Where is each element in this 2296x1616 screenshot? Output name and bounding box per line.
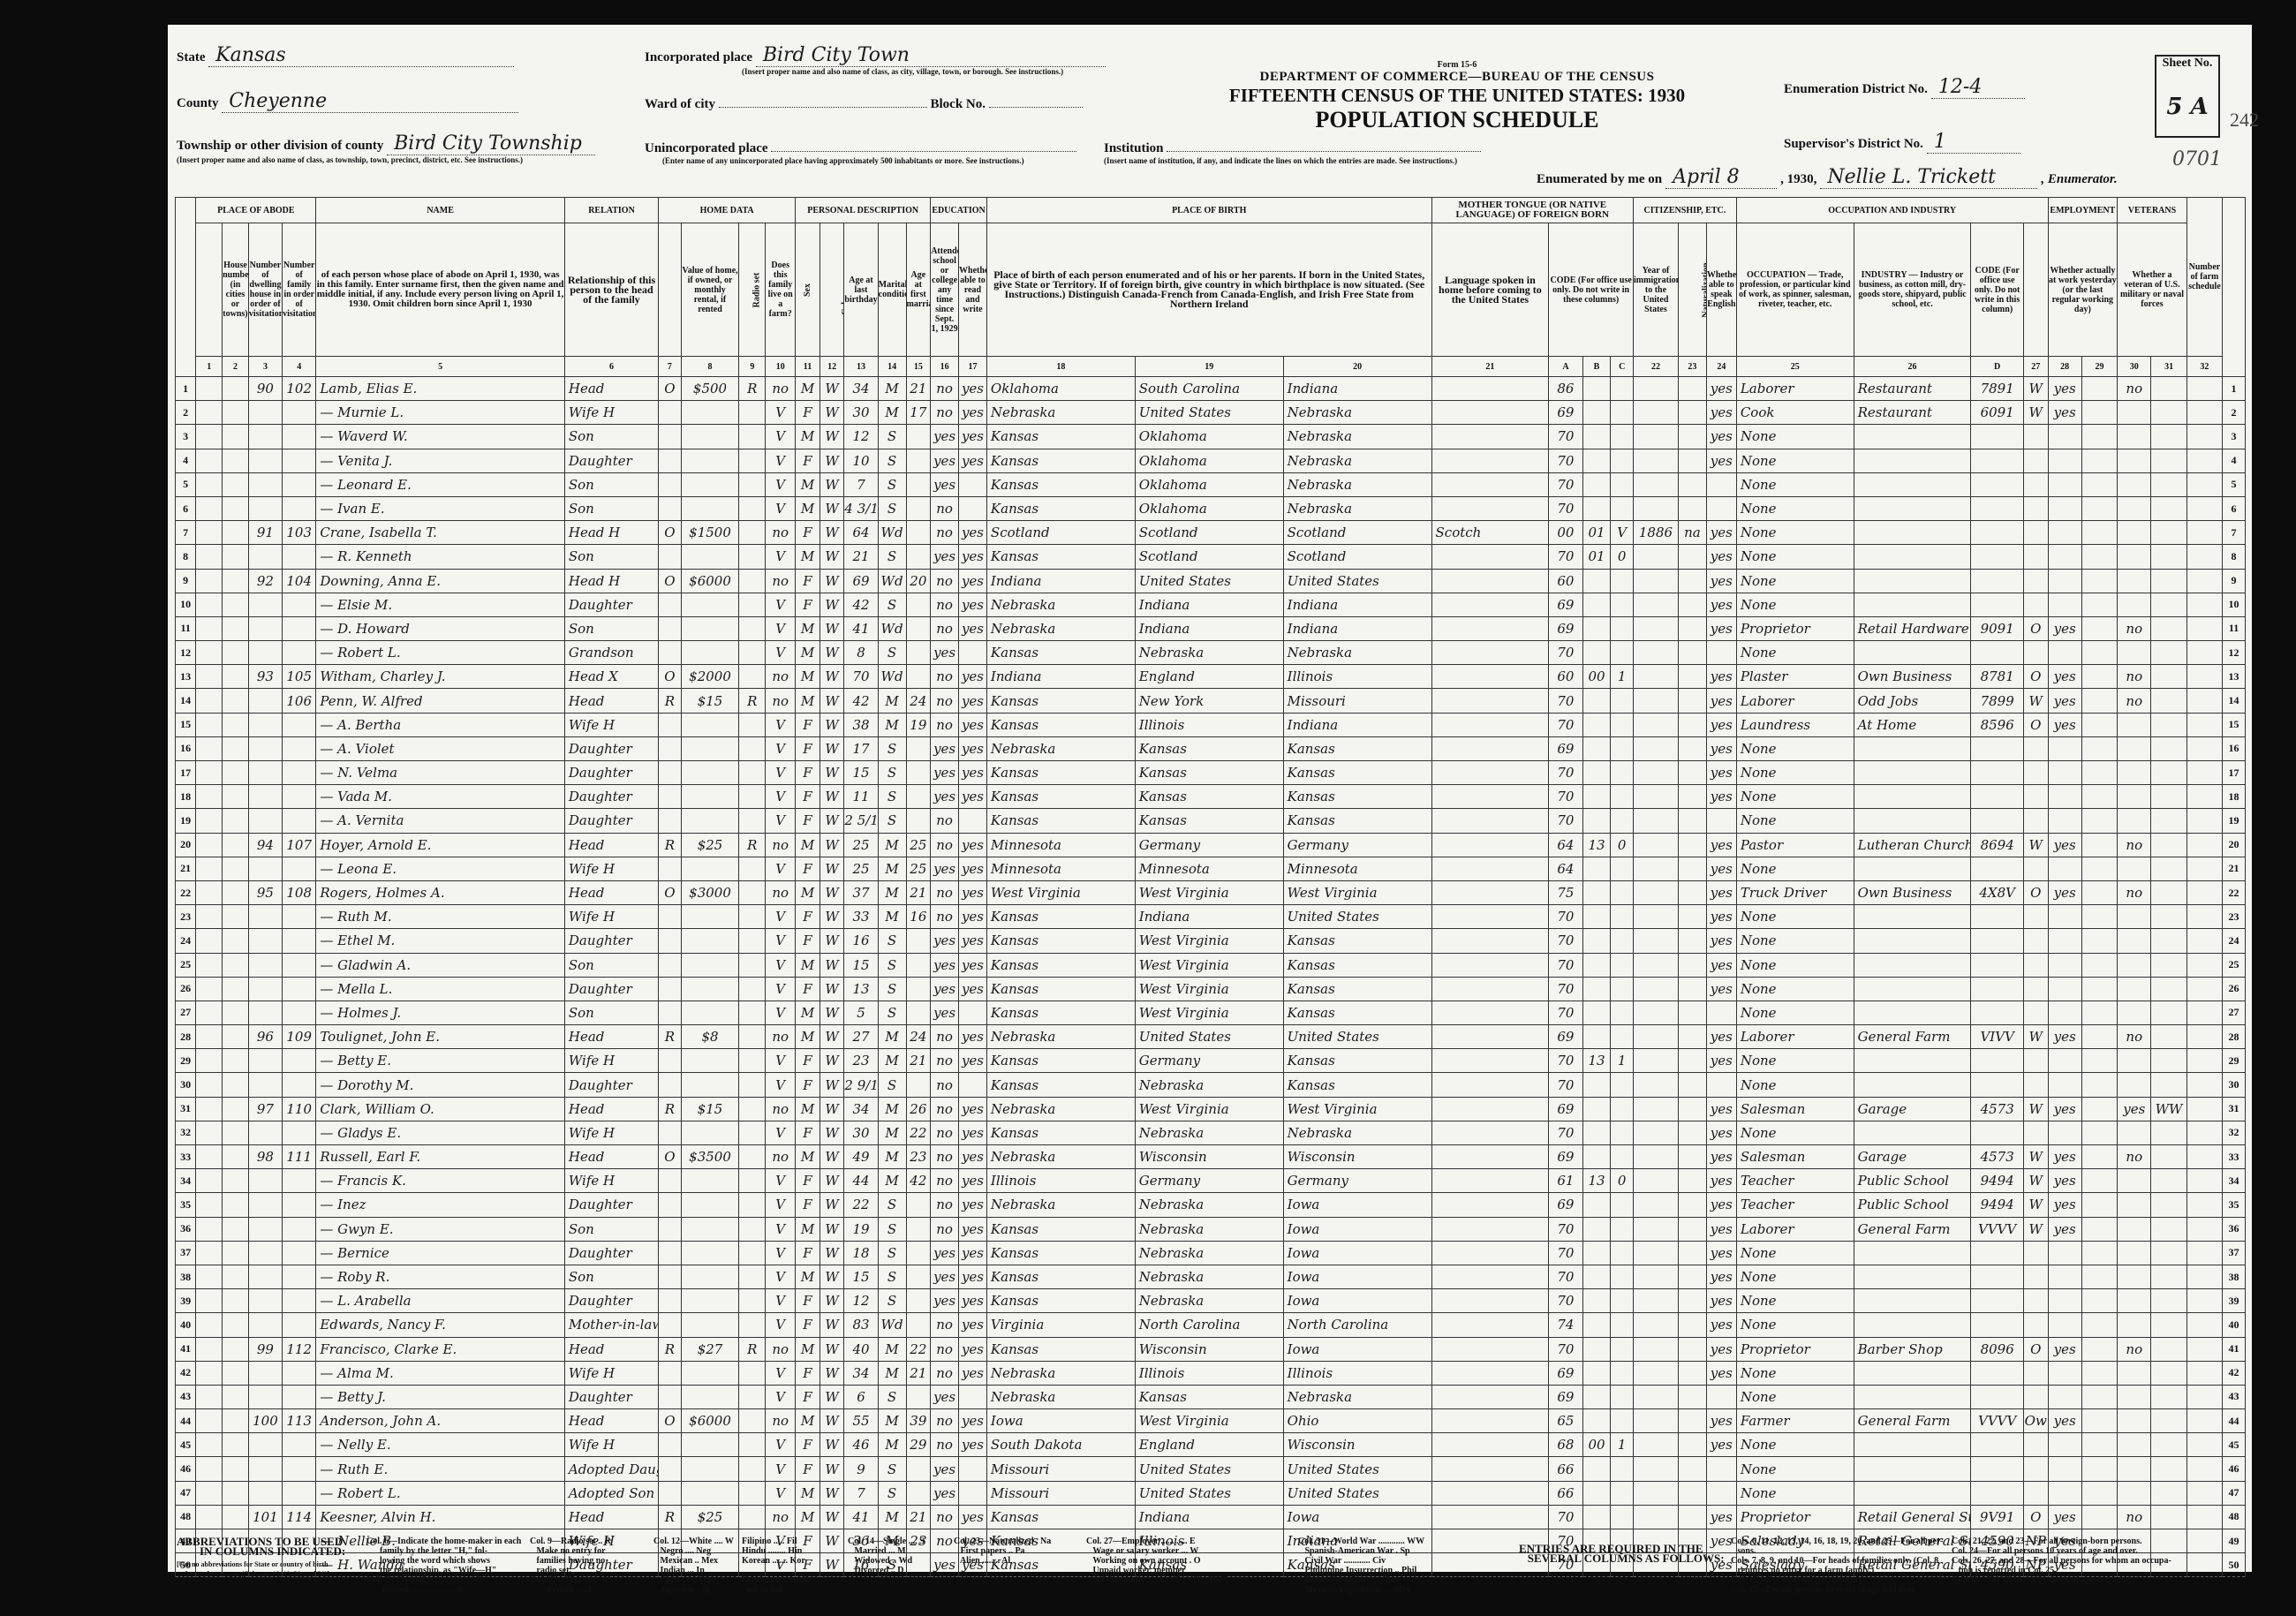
field-vet <box>2118 401 2151 425</box>
field-war <box>2151 977 2186 1001</box>
field-lang <box>1431 1361 1549 1385</box>
field-val <box>681 425 739 449</box>
farm-schedule-cell <box>2186 1049 2222 1073</box>
field-afm <box>906 1313 931 1337</box>
field-nat <box>1678 569 1706 593</box>
table-row: 2295108Rogers, Holmes A.HeadO$3000noMW37… <box>176 880 2246 904</box>
field-unemp <box>2081 713 2117 736</box>
person-name: — Murnie L. <box>316 401 565 425</box>
field-rw: yes <box>959 929 987 953</box>
field-work <box>2048 472 2081 496</box>
farm-schedule-cell <box>2186 1505 2222 1529</box>
field-radio <box>739 1121 766 1144</box>
field-own <box>659 1313 681 1337</box>
dwelling-number <box>248 689 282 713</box>
field-unemp <box>2081 1361 2117 1385</box>
farm-schedule-cell <box>2186 736 2222 760</box>
field-c: 0 <box>1611 833 1634 857</box>
line-number: 39 <box>176 1289 196 1313</box>
farm-schedule-cell <box>2186 569 2222 593</box>
field-c <box>1611 1337 1634 1361</box>
farm-schedule-cell <box>2186 1337 2222 1361</box>
field-age: 13 <box>844 977 878 1001</box>
field-cw <box>2023 1241 2048 1265</box>
field-b <box>1582 1385 1611 1408</box>
field-val: $6000 <box>681 1409 739 1433</box>
field-mar: S <box>878 953 906 977</box>
family-number <box>283 977 316 1001</box>
line-number-right: 18 <box>2223 785 2246 809</box>
field-age: 19 <box>844 1217 878 1241</box>
township-value: Bird City Township <box>387 132 595 155</box>
field-farm: V <box>766 1433 796 1457</box>
relation: Adopted Son <box>564 1481 658 1505</box>
field-a: 86 <box>1549 377 1582 401</box>
table-row: 12— Robert L.GrandsonVMW8SyesKansasNebra… <box>176 641 2246 665</box>
field-cw <box>2023 953 2048 977</box>
field-cw <box>2023 1049 2048 1073</box>
field-eng: yes <box>1706 689 1736 713</box>
field-unemp <box>2081 977 2117 1001</box>
field-radio <box>739 616 766 640</box>
field-nat <box>1678 761 1706 785</box>
line-number: 35 <box>176 1193 196 1217</box>
field-unemp <box>2081 593 2117 616</box>
field-sch: no <box>931 1049 959 1073</box>
field-work <box>2048 521 2081 545</box>
field-sex: M <box>796 472 820 496</box>
field-mar: S <box>878 641 906 665</box>
field-race: W <box>819 761 844 785</box>
field-c <box>1611 1457 1634 1481</box>
field-sch: yes <box>931 545 959 569</box>
field-d <box>1971 472 2023 496</box>
field-mar: M <box>878 689 906 713</box>
dwelling-number: 97 <box>248 1097 282 1121</box>
table-row: 39— L. ArabellaDaughterVFW12SyesyesKansa… <box>176 1289 2246 1313</box>
house-number-cell <box>223 785 249 809</box>
field-ind <box>1854 1001 1971 1024</box>
field-pb: Kansas <box>986 1505 1135 1529</box>
field-race: W <box>819 1217 844 1241</box>
field-unemp <box>2081 1409 2117 1433</box>
field-mar: S <box>878 472 906 496</box>
field-val <box>681 1073 739 1097</box>
field-b <box>1582 1097 1611 1121</box>
field-radio <box>739 449 766 472</box>
person-name: — Ruth M. <box>316 905 565 929</box>
field-eng <box>1706 1385 1736 1408</box>
field-unemp <box>2081 1145 2117 1169</box>
field-age: 25 <box>844 857 878 880</box>
column-number: 9 <box>739 357 766 377</box>
field-work <box>2048 545 2081 569</box>
field-war <box>2151 1289 2186 1313</box>
field-farm: V <box>766 1361 796 1385</box>
field-fb: Germany <box>1135 833 1283 857</box>
field-age: 4 3/12 <box>844 496 878 520</box>
field-b: 13 <box>1582 833 1611 857</box>
field-own <box>659 1193 681 1217</box>
field-eng: yes <box>1706 593 1736 616</box>
relation: Head H <box>564 569 658 593</box>
field-fb: Illinois <box>1135 1361 1283 1385</box>
relation: Son <box>564 616 658 640</box>
field-nat <box>1678 1385 1706 1408</box>
field-vet <box>2118 1361 2151 1385</box>
column-number: B <box>1582 357 1611 377</box>
field-war <box>2151 713 2186 736</box>
field-sex: F <box>796 1193 820 1217</box>
county-value: Cheyenne <box>222 90 518 113</box>
field-unemp <box>2081 425 2117 449</box>
street-cell <box>196 905 223 929</box>
field-age: 22 <box>844 1193 878 1217</box>
field-rw: yes <box>959 977 987 1001</box>
field-sch: no <box>931 1505 959 1529</box>
line-number-right: 26 <box>2223 977 2246 1001</box>
field-afm: 19 <box>906 713 931 736</box>
field-afm <box>906 1457 931 1481</box>
person-name: — Venita J. <box>316 449 565 472</box>
field-eng: yes <box>1706 1265 1736 1288</box>
field-pb: Nebraska <box>986 1193 1135 1217</box>
farm-schedule-cell <box>2186 616 2222 640</box>
table-row: 2094107Hoyer, Arnold E.HeadR$25RnoMW25M2… <box>176 833 2246 857</box>
field-mb: Iowa <box>1283 1241 1431 1265</box>
field-war <box>2151 1241 2186 1265</box>
field-rw: yes <box>959 545 987 569</box>
farm-schedule-cell <box>2186 1097 2222 1121</box>
house-number-cell <box>223 1361 249 1385</box>
field-val: $25 <box>681 833 739 857</box>
field-cw: W <box>2023 377 2048 401</box>
field-pb: Kansas <box>986 1337 1135 1361</box>
street-cell <box>196 425 223 449</box>
field-val: $15 <box>681 689 739 713</box>
line-number: 33 <box>176 1145 196 1169</box>
field-imm <box>1633 665 1678 689</box>
field-radio <box>739 425 766 449</box>
field-mb: Nebraska <box>1283 641 1431 665</box>
relation: Head <box>564 880 658 904</box>
field-farm: V <box>766 977 796 1001</box>
field-mb: Kansas <box>1283 953 1431 977</box>
field-age: 8 <box>844 641 878 665</box>
field-c <box>1611 736 1634 760</box>
field-nat <box>1678 1073 1706 1097</box>
field-farm: no <box>766 880 796 904</box>
field-a: 69 <box>1549 616 1582 640</box>
field-eng: yes <box>1706 1409 1736 1433</box>
field-radio <box>739 1001 766 1024</box>
relation: Daughter <box>564 785 658 809</box>
stamp-number-2: 0701 <box>2172 148 2222 170</box>
field-val <box>681 1193 739 1217</box>
field-unemp <box>2081 1241 2117 1265</box>
column-number: A <box>1549 357 1582 377</box>
person-name: Toulignet, John E. <box>316 1025 565 1049</box>
field-war <box>2151 425 2186 449</box>
field-occ: None <box>1736 1457 1854 1481</box>
field-work: yes <box>2048 1193 2081 1217</box>
field-radio <box>739 569 766 593</box>
field-unemp <box>2081 1433 2117 1457</box>
line-number-right: 9 <box>2223 569 2246 593</box>
field-work: yes <box>2048 689 2081 713</box>
field-own: O <box>659 1409 681 1433</box>
line-number-right: 23 <box>2223 905 2246 929</box>
table-row: 4— Venita J.DaughterVFW10SyesyesKansasOk… <box>176 449 2246 472</box>
field-fb: Oklahoma <box>1135 472 1283 496</box>
field-ind <box>1854 425 1971 449</box>
field-b <box>1582 449 1611 472</box>
field-war <box>2151 449 2186 472</box>
field-lang <box>1431 929 1549 953</box>
field-imm <box>1633 496 1678 520</box>
field-a: 64 <box>1549 857 1582 880</box>
field-nat <box>1678 1169 1706 1193</box>
person-name: — Betty E. <box>316 1049 565 1073</box>
field-a: 70 <box>1549 977 1582 1001</box>
field-mb: Iowa <box>1283 1193 1431 1217</box>
line-number-right: 25 <box>2223 953 2246 977</box>
field-unemp <box>2081 1121 2117 1144</box>
column-number: 17 <box>959 357 987 377</box>
field-sex: F <box>796 1433 820 1457</box>
house-number-cell <box>223 1241 249 1265</box>
field-nat <box>1678 1001 1706 1024</box>
field-cw <box>2023 1433 2048 1457</box>
field-own: R <box>659 1097 681 1121</box>
field-b: 00 <box>1582 665 1611 689</box>
field-vet: no <box>2118 1505 2151 1529</box>
field-mar: M <box>878 713 906 736</box>
street-cell <box>196 377 223 401</box>
field-radio <box>739 1097 766 1121</box>
line-number-right: 35 <box>2223 1193 2246 1217</box>
field-fb: Indiana <box>1135 905 1283 929</box>
field-race: W <box>819 953 844 977</box>
dwelling-number <box>248 1169 282 1193</box>
line-number-right: 39 <box>2223 1289 2246 1313</box>
farm-schedule-cell <box>2186 785 2222 809</box>
field-rw <box>959 1481 987 1505</box>
field-d <box>1971 953 2023 977</box>
field-b <box>1582 977 1611 1001</box>
person-name: — Ivan E. <box>316 496 565 520</box>
field-age: 11 <box>844 785 878 809</box>
house-number-cell <box>223 736 249 760</box>
farm-schedule-cell <box>2186 641 2222 665</box>
field-eng: yes <box>1706 1313 1736 1337</box>
relation: Daughter <box>564 929 658 953</box>
field-mb: Iowa <box>1283 1289 1431 1313</box>
field-c <box>1611 1193 1634 1217</box>
field-eng: yes <box>1706 401 1736 425</box>
relation: Adopted Daughter <box>564 1457 658 1481</box>
field-b <box>1582 472 1611 496</box>
field-c <box>1611 377 1634 401</box>
farm-schedule-cell <box>2186 1481 2222 1505</box>
field-occ: None <box>1736 1265 1854 1288</box>
person-name: Keesner, Alvin H. <box>316 1505 565 1529</box>
field-cw <box>2023 593 2048 616</box>
field-fb: Indiana <box>1135 593 1283 616</box>
field-d <box>1971 1121 2023 1144</box>
field-rw: yes <box>959 1409 987 1433</box>
street-cell <box>196 689 223 713</box>
field-occ: Farmer <box>1736 1409 1854 1433</box>
relation: Wife H <box>564 1049 658 1073</box>
field-age: 27 <box>844 1025 878 1049</box>
field-farm: V <box>766 1241 796 1265</box>
field-sch: no <box>931 1121 959 1144</box>
field-sex: M <box>796 496 820 520</box>
line-number-right: 27 <box>2223 1001 2246 1024</box>
field-b <box>1582 713 1611 736</box>
field-ind <box>1854 1265 1971 1288</box>
field-rw: yes <box>959 736 987 760</box>
line-number: 27 <box>176 1001 196 1024</box>
field-farm: V <box>766 1193 796 1217</box>
person-name: Rogers, Holmes A. <box>316 880 565 904</box>
field-occ: None <box>1736 1049 1854 1073</box>
stamp-number: 242 <box>2230 109 2259 132</box>
field-farm: V <box>766 593 796 616</box>
relation: Mother-in-law <box>564 1313 658 1337</box>
field-unemp <box>2081 953 2117 977</box>
house-number-cell <box>223 880 249 904</box>
field-imm <box>1633 713 1678 736</box>
street-cell <box>196 1001 223 1024</box>
field-b: 13 <box>1582 1169 1611 1193</box>
field-war <box>2151 569 2186 593</box>
field-farm: V <box>766 616 796 640</box>
field-fb: Minnesota <box>1135 857 1283 880</box>
farm-schedule-cell <box>2186 1169 2222 1193</box>
line-number: 38 <box>176 1265 196 1288</box>
field-vet <box>2118 1169 2151 1193</box>
field-b <box>1582 1145 1611 1169</box>
field-d <box>1971 1385 2023 1408</box>
field-sch: no <box>931 905 959 929</box>
field-work <box>2048 1241 2081 1265</box>
table-row: 37— BerniceDaughterVFW18SyesyesKansasNeb… <box>176 1241 2246 1265</box>
field-radio <box>739 641 766 665</box>
field-age: 15 <box>844 953 878 977</box>
enum-district-field: Enumeration District No. 12-4 <box>1784 76 2025 99</box>
table-row: 27— Holmes J.SonVMW5SyesKansasWest Virgi… <box>176 1001 2246 1024</box>
field-sex: F <box>796 521 820 545</box>
street-cell <box>196 593 223 616</box>
family-number <box>283 545 316 569</box>
field-radio <box>739 785 766 809</box>
field-eng: yes <box>1706 449 1736 472</box>
field-d: VVVV <box>1971 1409 2023 1433</box>
field-cw <box>2023 905 2048 929</box>
field-fb: Kansas <box>1135 761 1283 785</box>
street-cell <box>196 1193 223 1217</box>
field-imm <box>1633 761 1678 785</box>
field-cw: O <box>2023 1337 2048 1361</box>
field-lang <box>1431 1001 1549 1024</box>
field-mb: United States <box>1283 1025 1431 1049</box>
field-a: 75 <box>1549 880 1582 904</box>
field-occ: None <box>1736 472 1854 496</box>
field-c <box>1611 977 1634 1001</box>
field-ind: Garage <box>1854 1145 1971 1169</box>
house-number-cell <box>223 449 249 472</box>
field-unemp <box>2081 1337 2117 1361</box>
field-imm <box>1633 1169 1678 1193</box>
field-vet <box>2118 713 2151 736</box>
family-number <box>283 761 316 785</box>
field-radio <box>739 857 766 880</box>
field-nat <box>1678 1361 1706 1385</box>
field-vet: yes <box>2118 1097 2151 1121</box>
field-afm <box>906 1217 931 1241</box>
field-sex: M <box>796 545 820 569</box>
dwelling-number <box>248 736 282 760</box>
field-ind: Garage <box>1854 1097 1971 1121</box>
field-race: W <box>819 1193 844 1217</box>
field-work: yes <box>2048 377 2081 401</box>
person-name: — Elsie M. <box>316 593 565 616</box>
relation: Daughter <box>564 1073 658 1097</box>
field-war <box>2151 857 2186 880</box>
field-age: 6 <box>844 1385 878 1408</box>
field-pb: Nebraska <box>986 736 1135 760</box>
field-b <box>1582 401 1611 425</box>
field-eng <box>1706 472 1736 496</box>
field-mar: S <box>878 425 906 449</box>
family-number <box>283 449 316 472</box>
person-name: Francisco, Clarke E. <box>316 1337 565 1361</box>
field-race: W <box>819 1337 844 1361</box>
field-rw: yes <box>959 593 987 616</box>
field-lang <box>1431 1193 1549 1217</box>
field-sch: yes <box>931 929 959 953</box>
field-mar: Wd <box>878 616 906 640</box>
field-sex: F <box>796 401 820 425</box>
field-radio <box>739 1289 766 1313</box>
person-name: — Ruth E. <box>316 1457 565 1481</box>
person-name: — Robert L. <box>316 641 565 665</box>
field-war <box>2151 1313 2186 1337</box>
family-number <box>283 1265 316 1288</box>
field-own <box>659 1481 681 1505</box>
field-work <box>2048 425 2081 449</box>
field-occ: Laundress <box>1736 713 1854 736</box>
field-work: yes <box>2048 1505 2081 1529</box>
field-war <box>2151 785 2186 809</box>
sheet-number-box: Sheet No. 5 A <box>2155 55 2220 138</box>
street-cell <box>196 401 223 425</box>
line-number-right: 38 <box>2223 1265 2246 1288</box>
field-vet: no <box>2118 880 2151 904</box>
field-a: 70 <box>1549 761 1582 785</box>
location-fields: State Kansas County Cheyenne Township or… <box>177 44 1183 193</box>
enumerated-line: Enumerated by me on April 8 , 1930, Nell… <box>1537 166 2118 189</box>
field-own: R <box>659 1505 681 1529</box>
street-cell <box>196 1241 223 1265</box>
person-name: — A. Vernita <box>316 809 565 833</box>
field-race: W <box>819 1457 844 1481</box>
field-a: 61 <box>1549 1169 1582 1193</box>
line-number: 48 <box>176 1505 196 1529</box>
column-number: D <box>1971 357 2023 377</box>
